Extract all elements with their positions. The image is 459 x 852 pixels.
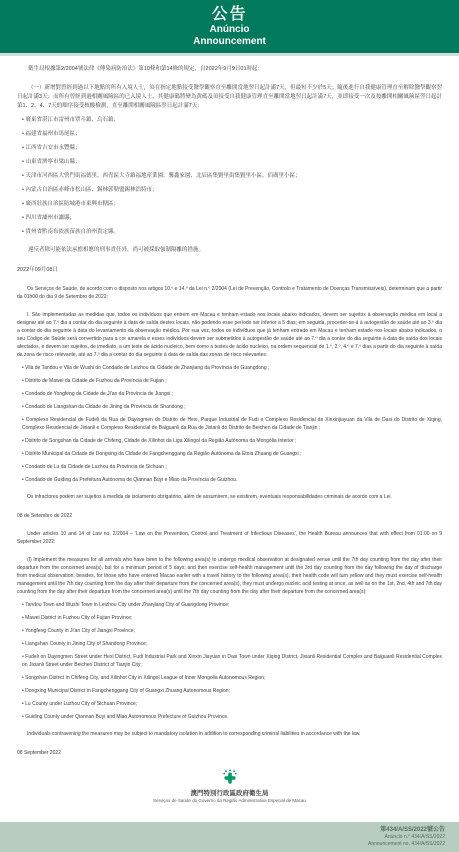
issue-date-en: 08 September 2022 [17,749,442,757]
page-title-zh: 公告 [0,6,459,24]
health-bureau-logo-icon [222,769,238,789]
risk-area-item-pt: Distrito de Mawei da Cidade de Fuzhou da… [17,377,442,385]
risk-area-item-zh: 四川省瀘州市瀘縣； [17,214,442,223]
risk-area-item-pt: Distrito Municipal da Cidade de Dongxing… [17,450,442,458]
risk-area-item-en: Fudeli on Dayingmen Street under Hexi Di… [17,653,442,669]
penalty-note-pt: Os infractores podem ser sujeitos à medi… [17,493,442,501]
risk-area-item-zh: 福建省福州市馬尾區； [17,130,442,139]
org-name-pt: Serviços de Saúde do Governo da Região A… [17,798,442,804]
risk-area-item-en: Yongfeng County in Ji'an City of Jiangxi… [17,627,442,635]
page-title-pt: Anúncio [0,24,459,36]
risk-area-list-zh: 廣東省湛江市雷州市覃斗鎮、烏石鎮；福建省福州市馬尾區；江西省吉安市永豐縣；山東省… [17,116,442,237]
org-name-zh: 澳門特別行政區政府衛生局 [17,790,442,798]
penalty-note-zh: 違反者除可能依法承擔相應的刑事責任外，尚可被採取強制隔離的措施。 [17,246,442,255]
risk-area-item-pt: Condado de Liangshan da Cidade de Jining… [17,403,442,411]
penalty-note-en: Individuals contravening the measures ma… [17,730,442,738]
header-divider [0,53,459,56]
header-banner: 公告 Anúncio Announcement [0,0,459,53]
risk-area-item-zh: 江西省吉安市永豐縣； [17,144,442,153]
risk-area-item-en: Liangshan County in Jining City of Shand… [17,640,442,648]
measures-paragraph-pt: I. São implementadas as medidas que, tod… [17,311,442,359]
issue-date-pt: 08 de Setembro de 2022 [17,512,442,520]
portuguese-section: Os Serviços de Saúde, de acordo com o di… [17,285,442,520]
legal-basis-pt: Os Serviços de Saúde, de acordo com o di… [17,285,442,301]
risk-area-item-en: Mawei District in Fuzhou City of Fujian … [17,614,442,622]
measures-paragraph-en: (I) Implement the measures for all arriv… [17,556,442,596]
risk-area-item-pt: Distrito de Songshan da Cidade de Chifen… [17,437,442,445]
risk-area-item-zh: 貴州省黔南布依族苗族自治州貴定縣。 [17,228,442,237]
risk-area-item-en: Tandou Town and Wushi Town in Leizhou Ci… [17,601,442,609]
issue-date-zh: 2022年09月08日 [17,266,442,275]
risk-area-item-en: Lu County under Luzhou City of Sichuan P… [17,700,442,708]
risk-area-item-pt: Vila de Tandou e Vila de Wushi do Condad… [17,364,442,372]
risk-area-item-en: Guiding County under Qiannan Buyi and Mi… [17,713,442,721]
risk-area-list-pt: Vila de Tandou e Vila de Wushi do Condad… [17,364,442,484]
english-section: Under articles 10 and 14 of Law no. 2/20… [17,530,442,757]
measures-paragraph-zh: （一）新增對曾經到過以下地點的所有入境人士，須在指定地點接受醫學觀察直至離開當地… [17,84,442,111]
risk-area-item-pt: Complexo Residencial de Fudeli da Rua de… [17,416,442,432]
risk-area-item-zh: 天津市河西區大營門街福德里、西青區大寺鎮福地產業園、馨鑫家園、北辰區集賢里街集賢… [17,172,442,181]
risk-area-item-zh: 廣東省湛江市雷州市覃斗鎮、烏石鎮； [17,116,442,125]
announcement-page: 公告 Anúncio Announcement 衛生局根據第2/2004號法律《… [0,0,459,852]
announcement-body: 衛生局根據第2/2004號法律《傳染病防治法》第10條和第14條的規定，自202… [0,65,459,804]
page-title-en: Announcement [0,36,459,48]
risk-area-item-zh: 內蒙古自治區赤峰市松山區、錫林郭勒盟錫林浩特市； [17,186,442,195]
announcement-number-en: Announcement no. 434/A/SS/2022 [0,841,445,848]
risk-area-item-en: Songshan District in Chifeng City, and X… [17,674,442,682]
legal-basis-en: Under articles 10 and 14 of Law no. 2/20… [17,530,442,546]
announcement-number-zh: 第434/A/SS/2022號公告 [0,826,445,834]
announcement-number-pt: Anúncio n.º 434/A/SS/2022 [0,834,445,841]
legal-basis-zh: 衛生局根據第2/2004號法律《傳染病防治法》第10條和第14條的規定，自202… [17,65,442,74]
risk-area-item-pt: Condado de Yongfeng da Cidade de Ji'an d… [17,390,442,398]
risk-area-item-zh: 廣西壯族自治區防城港市東興市轄區； [17,200,442,209]
footer-strip: 第434/A/SS/2022號公告 Anúncio n.º 434/A/SS/2… [0,822,459,852]
risk-area-item-pt: Condado de Lu da Cidade de Luzhou da Pro… [17,463,442,471]
chinese-section: 衛生局根據第2/2004號法律《傳染病防治法》第10條和第14條的規定，自202… [17,65,442,275]
risk-area-list-en: Tandou Town and Wushi Town in Leizhou Ci… [17,601,442,721]
risk-area-item-zh: 山東省濟寧市梁山縣； [17,158,442,167]
issuer-block: 澳門特別行政區政府衛生局 Serviços de Saúde do Govern… [17,769,442,804]
risk-area-item-pt: Condado de Guiding da Prefeitura Autónom… [17,476,442,484]
risk-area-item-en: Dongxing Municipal District in Fangcheng… [17,687,442,695]
